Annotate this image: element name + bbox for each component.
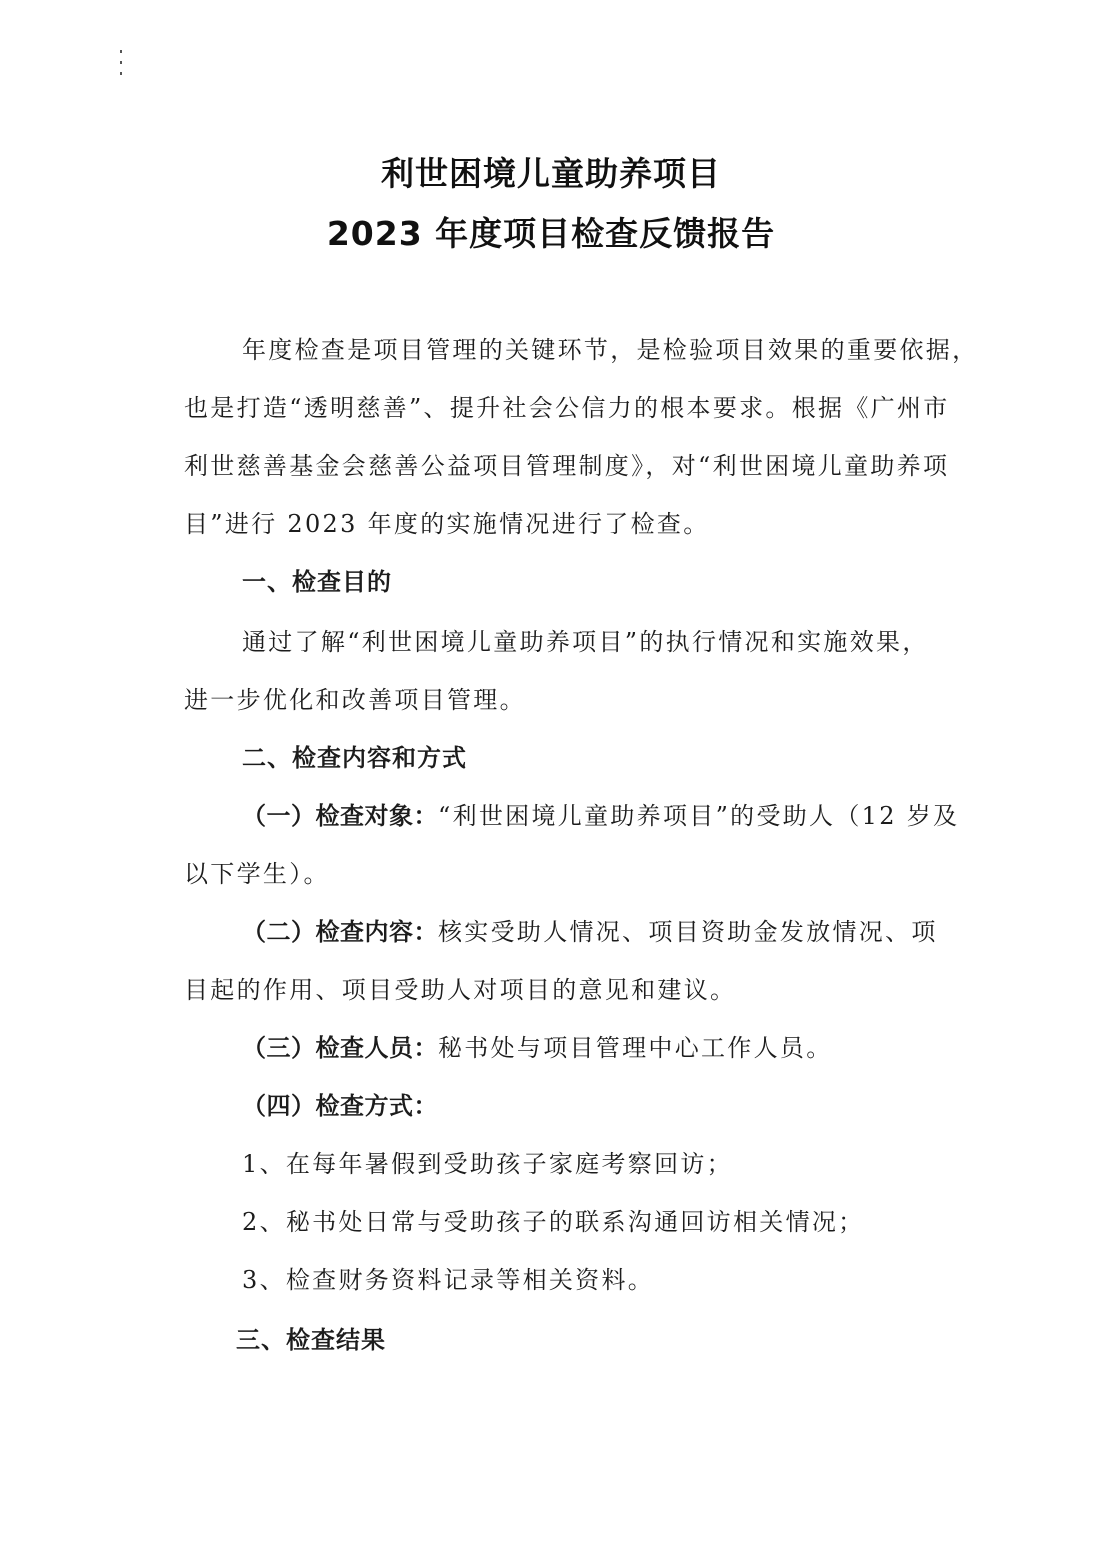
check-item: （四）检查方式： xyxy=(242,1086,438,1121)
document-title: 利世困境儿童助养项目 xyxy=(0,148,1102,195)
method-item: 1、在每年暑假到受助孩子家庭考察回访； xyxy=(242,1144,733,1179)
check-item: （一）检查对象：“利世困境儿童助养项目”的受助人（12 岁及 xyxy=(242,796,959,831)
check-item-label: （一）检查对象： xyxy=(242,802,438,830)
section-heading: 三、检查结果 xyxy=(236,1320,386,1355)
check-item: （二）检查内容：核实受助人情况、项目资助金发放情况、项 xyxy=(242,912,938,947)
check-item-text: 核实受助人情况、项目资助金发放情况、项 xyxy=(438,918,938,946)
intro-line: 也是打造“透明慈善”、提升社会公信力的根本要求。根据《广州市 xyxy=(184,388,950,423)
check-item-label: （二）检查内容： xyxy=(242,918,438,946)
section-heading: 二、检查内容和方式 xyxy=(242,738,467,773)
intro-line: 利世慈善基金会慈善公益项目管理制度》，对“利世困境儿童助养项 xyxy=(184,446,949,481)
intro-line: 年度检查是项目管理的关键环节，是检验项目效果的重要依据， xyxy=(242,330,978,365)
check-item: （三）检查人员：秘书处与项目管理中心工作人员。 xyxy=(242,1028,833,1063)
document-subtitle: 2023 年度项目检查反馈报告 xyxy=(0,208,1102,255)
check-item-label: （三）检查人员： xyxy=(242,1034,438,1062)
intro-line: 目”进行 2023 年度的实施情况进行了检查。 xyxy=(184,504,710,539)
section-body: 进一步优化和改善项目管理。 xyxy=(184,680,526,715)
check-item-label: （四）检查方式： xyxy=(242,1092,438,1120)
method-item: 3、检查财务资料记录等相关资料。 xyxy=(242,1260,654,1295)
margin-mark xyxy=(120,50,123,83)
check-item-text: 秘书处与项目管理中心工作人员。 xyxy=(438,1034,833,1062)
method-item: 2、秘书处日常与受助孩子的联系沟通回访相关情况； xyxy=(242,1202,864,1237)
section-heading: 一、检查目的 xyxy=(242,562,392,597)
section-body: 通过了解“利世困境儿童助养项目”的执行情况和实施效果， xyxy=(242,622,929,657)
check-item-cont: 目起的作用、项目受助人对项目的意见和建议。 xyxy=(184,970,736,1005)
check-item-text: “利世困境儿童助养项目”的受助人（12 岁及 xyxy=(438,802,959,830)
check-item-cont: 以下学生）。 xyxy=(184,854,330,889)
